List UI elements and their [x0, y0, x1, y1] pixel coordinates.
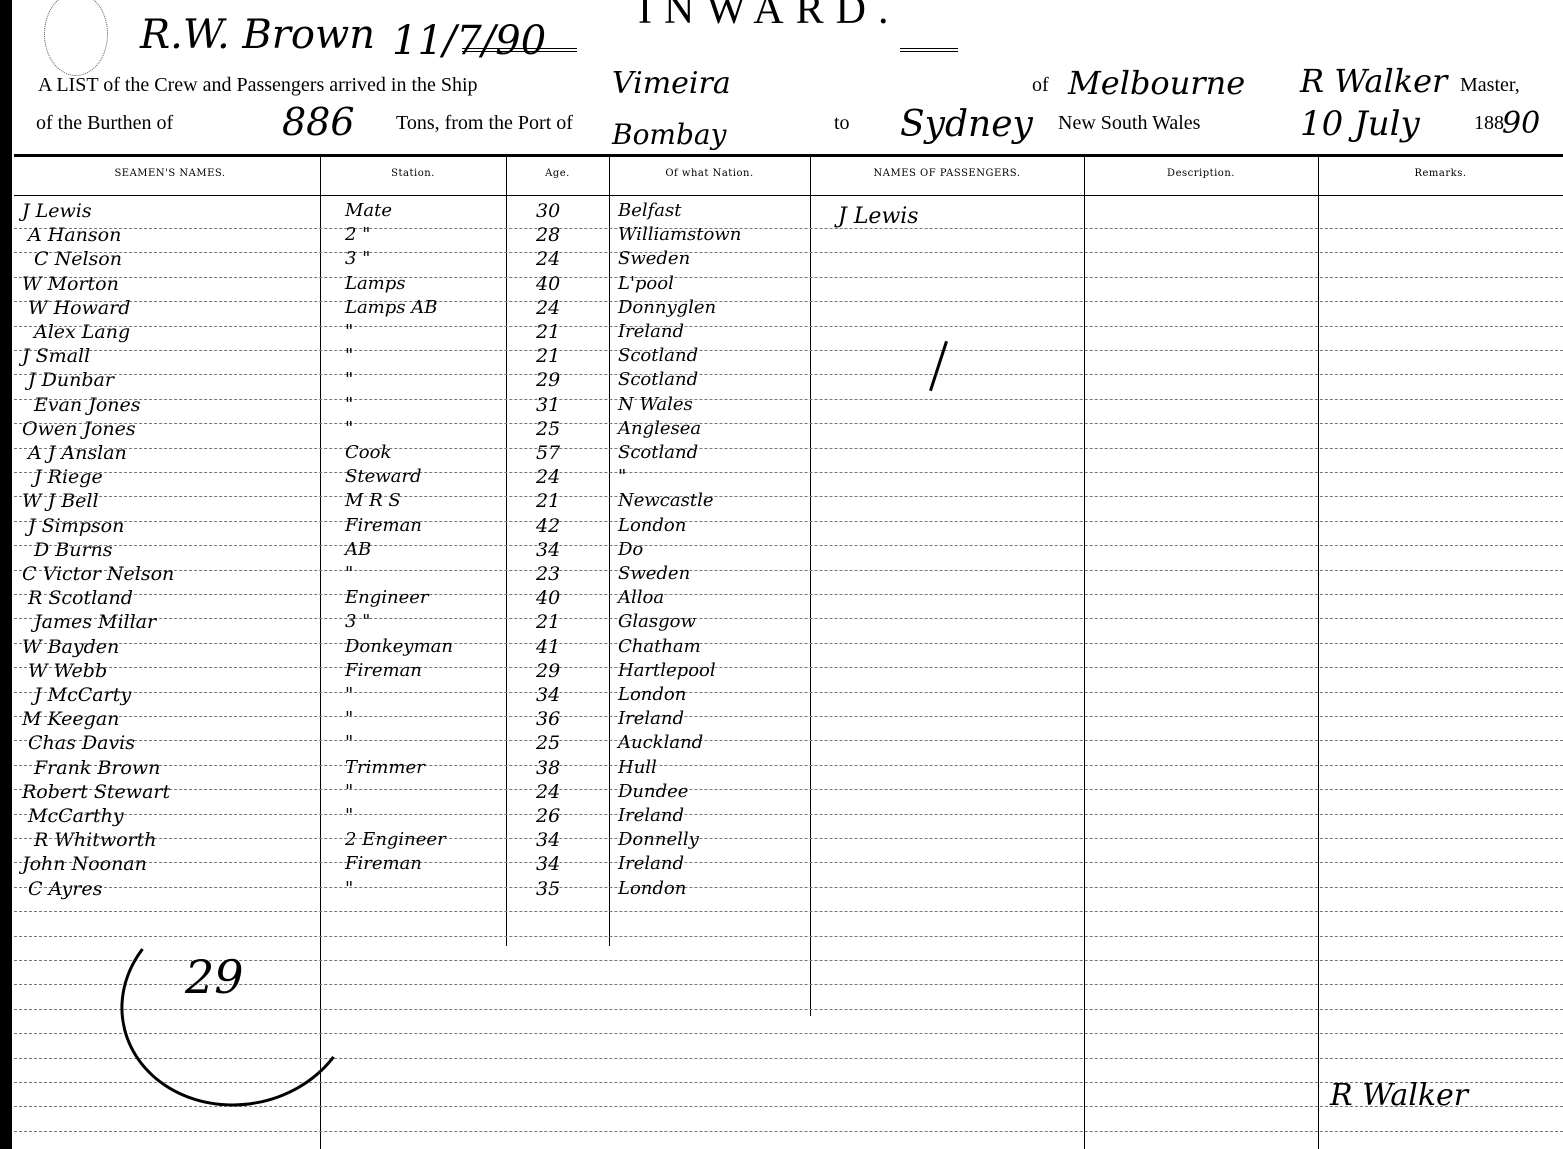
crew-nation: Do [618, 539, 643, 560]
ruled-line [14, 618, 1563, 619]
crew-nation: L'pool [618, 273, 674, 294]
crew-station: Cook [345, 442, 391, 463]
crew-station: " [345, 394, 353, 415]
title-rule-left [462, 48, 577, 52]
crew-nation: London [618, 515, 686, 536]
crew-station: " [345, 345, 353, 366]
crew-name: W Bayden [22, 636, 119, 658]
crew-age: 21 [536, 611, 560, 633]
crew-station: " [345, 781, 353, 802]
crew-age: 38 [536, 757, 560, 779]
crew-name: C Ayres [28, 878, 102, 900]
header-seamen-names: SEAMEN'S NAMES. [20, 168, 320, 180]
crew-nation: Donnelly [618, 829, 699, 850]
ruled-line [14, 374, 1563, 375]
crew-station: 3 " [345, 248, 370, 269]
crew-age: 28 [536, 224, 560, 246]
ruled-line [14, 667, 1563, 668]
burthen-label: of the Burthen of [36, 112, 173, 135]
header-station: Station. [320, 168, 506, 180]
crew-age: 35 [536, 878, 560, 900]
passenger-tally-mark [929, 341, 948, 391]
crew-name: J Small [22, 345, 90, 367]
crew-name: J Lewis [22, 200, 92, 222]
crew-nation: Sweden [618, 248, 690, 269]
ruled-line [14, 838, 1563, 839]
master-label: Master, [1460, 74, 1520, 97]
crew-station: Donkeyman [345, 636, 453, 657]
crew-station: Lamps [345, 273, 406, 294]
crew-age: 41 [536, 636, 560, 658]
crew-age: 34 [536, 853, 560, 875]
crew-name: Robert Stewart [22, 781, 170, 803]
crew-station: Trimmer [345, 757, 425, 778]
crew-name: W Webb [28, 660, 107, 682]
crew-age: 21 [536, 345, 560, 367]
crew-station: M R S [345, 490, 401, 511]
crew-age: 40 [536, 273, 560, 295]
crew-station: 3 " [345, 611, 370, 632]
crew-nation: Sweden [618, 563, 690, 584]
crew-age: 24 [536, 248, 560, 270]
crew-age: 34 [536, 829, 560, 851]
ruled-line [14, 570, 1563, 571]
customs-stamp [44, 0, 108, 76]
header-passenger-names: NAMES OF PASSENGERS. [810, 168, 1084, 180]
crew-age: 24 [536, 297, 560, 319]
column-divider-description [1084, 156, 1085, 1149]
master-name: R Walker [1300, 62, 1447, 100]
intro-text: A LIST of the Crew and Passengers arrive… [38, 74, 478, 97]
ruled-line [14, 496, 1563, 497]
crew-station: AB [345, 539, 371, 560]
crew-name: Evan Jones [34, 394, 141, 416]
crew-nation: London [618, 878, 686, 899]
arrival-day-month: 10 July [1300, 104, 1420, 144]
ruled-line [14, 887, 1563, 888]
crew-age: 31 [536, 394, 560, 416]
page-binding-edge [0, 0, 12, 1149]
title-rule-right [900, 48, 958, 52]
crew-age: 21 [536, 321, 560, 343]
document-title: INWARD. [638, 0, 900, 34]
crew-name: R Scotland [28, 587, 133, 609]
ruled-line [14, 423, 1563, 424]
ruled-line [14, 765, 1563, 766]
crew-age: 24 [536, 781, 560, 803]
crew-nation: Chatham [618, 636, 701, 657]
crew-nation: Belfast [618, 200, 682, 221]
crew-station: Lamps AB [345, 297, 437, 318]
crew-station: " [345, 563, 353, 584]
crew-age: 24 [536, 466, 560, 488]
crew-age: 57 [536, 442, 560, 464]
ruled-line [14, 862, 1563, 863]
crew-name: Frank Brown [34, 757, 160, 779]
ruled-line [14, 277, 1563, 278]
crew-age: 29 [536, 369, 560, 391]
ruled-line [14, 1131, 1563, 1132]
ruled-line [14, 594, 1563, 595]
crew-name: C Victor Nelson [22, 563, 174, 585]
crew-station: Engineer [345, 587, 429, 608]
crew-station: Steward [345, 466, 421, 487]
column-divider-nation [609, 156, 610, 946]
destination-port: Sydney [900, 104, 1033, 145]
ship-name: Vimeira [612, 66, 731, 101]
crew-total-count: 29 [185, 950, 244, 1004]
crew-nation: Alloa [618, 587, 664, 608]
crew-nation: " [618, 466, 626, 487]
header-nation: Of what Nation. [609, 168, 810, 180]
master-signature: R Walker [1330, 1078, 1468, 1113]
of-label: of [1032, 74, 1049, 97]
crew-name: John Noonan [22, 853, 147, 875]
crew-name: W Howard [28, 297, 130, 319]
ruled-line [14, 326, 1563, 327]
to-label: to [834, 112, 850, 135]
crew-station: Mate [345, 200, 392, 221]
crew-age: 25 [536, 418, 560, 440]
crew-name: M Keegan [22, 708, 119, 730]
crew-age: 34 [536, 539, 560, 561]
ruled-line [14, 472, 1563, 473]
crew-age: 42 [536, 515, 560, 537]
ruled-line [14, 521, 1563, 522]
ruled-line [14, 545, 1563, 546]
crew-nation: Dundee [618, 781, 688, 802]
crew-nation: Hull [618, 757, 657, 778]
crew-name: W J Bell [22, 490, 99, 512]
ruled-line [14, 740, 1563, 741]
crew-station: Fireman [345, 853, 422, 874]
crew-name: McCarthy [28, 805, 124, 827]
crew-age: 25 [536, 732, 560, 754]
from-port: Bombay [612, 118, 726, 151]
crew-station: Fireman [345, 660, 422, 681]
year-printed: 188 [1474, 112, 1504, 135]
crew-nation: Williamstown [618, 224, 741, 245]
crew-name: A Hanson [28, 224, 121, 246]
crew-nation: Auckland [618, 732, 703, 753]
crew-age: 34 [536, 684, 560, 706]
ruled-line [14, 448, 1563, 449]
crew-name: Chas Davis [28, 732, 135, 754]
crew-nation: Glasgow [618, 611, 696, 632]
crew-nation: N Wales [618, 394, 693, 415]
crew-age: 36 [536, 708, 560, 730]
header-remarks: Remarks. [1318, 168, 1563, 180]
header-top-rule [14, 154, 1563, 157]
column-divider-age [506, 156, 507, 946]
crew-age: 23 [536, 563, 560, 585]
crew-station: " [345, 708, 353, 729]
crew-nation: Ireland [618, 708, 684, 729]
crew-name: A J Anslan [28, 442, 127, 464]
crew-age: 26 [536, 805, 560, 827]
crew-station: " [345, 732, 353, 753]
crew-nation: Anglesea [618, 418, 701, 439]
crew-name: D Burns [34, 539, 113, 561]
tons-from-port-label: Tons, from the Port of [396, 112, 573, 135]
ruled-line [14, 692, 1563, 693]
crew-nation: Scotland [618, 442, 698, 463]
annotation-signature: R.W. Brown [140, 12, 375, 58]
passenger-name: J Lewis [838, 204, 919, 229]
crew-age: 29 [536, 660, 560, 682]
ruled-line [14, 716, 1563, 717]
crew-station: " [345, 878, 353, 899]
header-age: Age. [506, 168, 609, 180]
ship-home-port: Melbourne [1068, 64, 1245, 102]
crew-nation: Donnyglen [618, 297, 716, 318]
crew-nation: London [618, 684, 686, 705]
crew-station: " [345, 684, 353, 705]
crew-name: J Riege [34, 466, 103, 488]
colony-label: New South Wales [1058, 112, 1200, 135]
crew-station: 2 " [345, 224, 370, 245]
crew-name: James Millar [34, 611, 156, 633]
ruled-line [14, 301, 1563, 302]
header-description: Description. [1084, 168, 1318, 180]
ruled-line [14, 814, 1563, 815]
crew-nation: Hartlepool [618, 660, 716, 681]
year-handwritten: 90 [1502, 106, 1540, 141]
crew-station: " [345, 418, 353, 439]
ruled-line [14, 643, 1563, 644]
crew-name: J Simpson [28, 515, 124, 537]
crew-station: " [345, 805, 353, 826]
crew-name: Alex Lang [34, 321, 130, 343]
crew-station: " [345, 321, 353, 342]
column-divider-remarks [1318, 156, 1319, 1149]
crew-nation: Scotland [618, 369, 698, 390]
crew-station: 2 Engineer [345, 829, 446, 850]
crew-nation: Ireland [618, 853, 684, 874]
crew-nation: Ireland [618, 321, 684, 342]
ruled-line [14, 789, 1563, 790]
crew-age: 40 [536, 587, 560, 609]
crew-name: R Whitworth [34, 829, 156, 851]
annotation-date: 11/7/90 [392, 18, 546, 64]
burthen-tons: 886 [282, 100, 355, 144]
crew-station: Fireman [345, 515, 422, 536]
crew-nation: Ireland [618, 805, 684, 826]
crew-station: " [345, 369, 353, 390]
header-bottom-rule [14, 195, 1563, 196]
crew-age: 30 [536, 200, 560, 222]
crew-age: 21 [536, 490, 560, 512]
ruled-line [14, 252, 1563, 253]
ruled-line [14, 399, 1563, 400]
crew-name: C Nelson [34, 248, 122, 270]
crew-name: J McCarty [34, 684, 131, 706]
crew-name: Owen Jones [22, 418, 136, 440]
ruled-line [14, 350, 1563, 351]
crew-name: W Morton [22, 273, 119, 295]
crew-nation: Scotland [618, 345, 698, 366]
crew-name: J Dunbar [28, 369, 114, 391]
ruled-line [14, 228, 1563, 229]
crew-nation: Newcastle [618, 490, 714, 511]
